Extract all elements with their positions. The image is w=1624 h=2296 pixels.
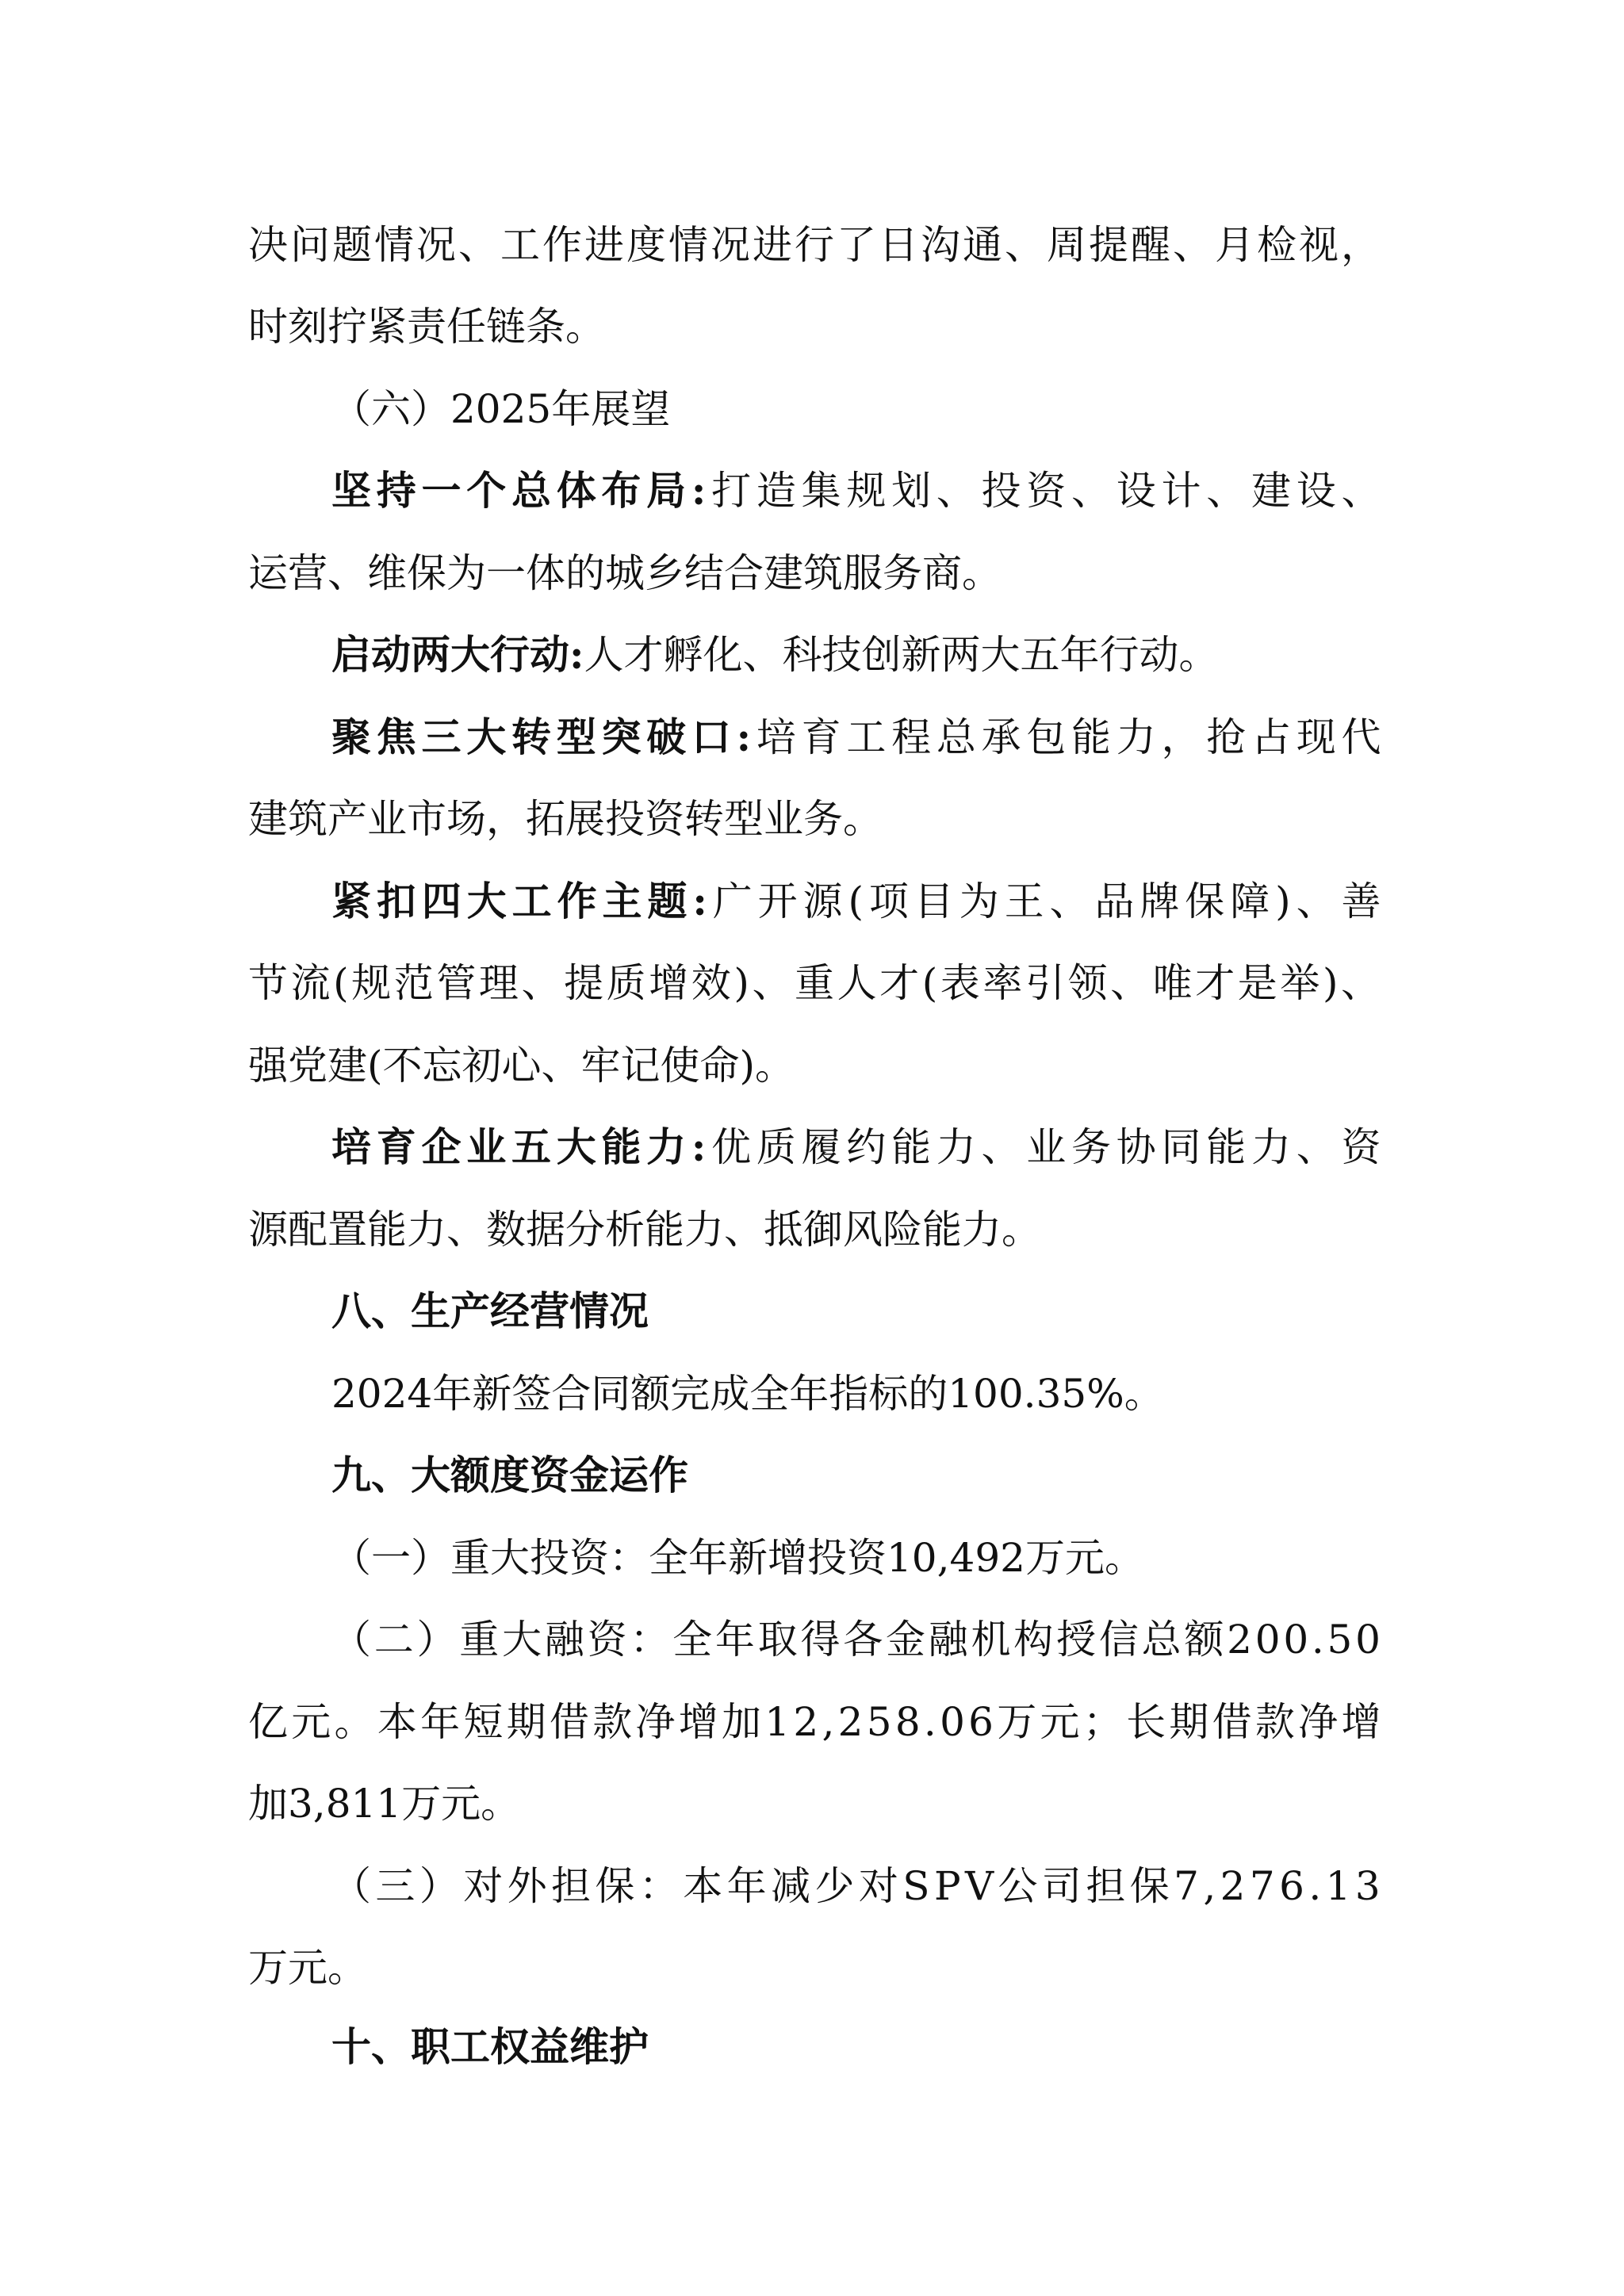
paragraph-line: 建筑产业市场，拓展投资转型业务。 [248, 778, 883, 860]
paragraph-line: 强党建(不忘初心、牢记使命)。 [248, 1024, 795, 1107]
run-in-label: 聚焦三大转型突破口: [331, 714, 756, 760]
paragraph-line: 节流(规范管理、提质增效)、重人才(表率引领、唯才是举)、 [248, 942, 1381, 1024]
subsection-title-outlook: （六）2025年展望 [331, 368, 670, 450]
document-page: 决问题情况、工作进度情况进行了日沟通、周提醒、月检视， 时刻拧紧责任链条。 （六… [0, 0, 1624, 2296]
paragraph-line: 源配置能力、数据分析能力、抵御风险能力。 [248, 1188, 1041, 1271]
paragraph-line: 决问题情况、工作进度情况进行了日沟通、周提醒、月检视， [248, 204, 1381, 286]
run-in-label: 培育企业五大能力: [331, 1123, 711, 1170]
paragraph-line: 万元。 [248, 1927, 367, 2009]
paragraph-line: 加3,811万元。 [248, 1762, 520, 1845]
run-in-text: 培育工程总承包能力，抢占现代 [756, 714, 1386, 760]
section-heading-employee-rights: 十、职工权益维护 [331, 2006, 649, 2088]
outlook-item-transformation: 聚焦三大转型突破口:培育工程总承包能力，抢占现代 [331, 696, 1381, 779]
run-in-text: 打造集规划、投资、设计、建设、 [711, 468, 1386, 514]
run-in-text: 广开源(项目为王、品牌保障)、善 [713, 878, 1387, 924]
outlook-item-capabilities: 培育企业五大能力:优质履约能力、业务协同能力、资 [331, 1106, 1381, 1188]
outlook-item-layout: 坚持一个总体布局:打造集规划、投资、设计、建设、 [331, 450, 1381, 532]
funds-item-investment: （一）重大投资：全年新增投资10,492万元。 [331, 1517, 1144, 1599]
paragraph-line: 时刻拧紧责任链条。 [248, 285, 605, 368]
paragraph-line: 运营、维保为一体的城乡结合建筑服务商。 [248, 532, 1002, 614]
funds-item-guarantee: （三）对外担保：本年减少对SPV公司担保7,276.13 [331, 1845, 1381, 1927]
run-in-label: 启动两大行动: [331, 631, 584, 678]
run-in-label: 坚持一个总体布局: [331, 467, 711, 514]
outlook-item-actions: 启动两大行动:人才孵化、科技创新两大五年行动。 [331, 614, 1218, 696]
run-in-text: 人才孵化、科技创新两大五年行动。 [584, 632, 1218, 678]
paragraph-line: 亿元。本年短期借款净增加12,258.06万元；长期借款净增 [248, 1681, 1381, 1763]
outlook-item-themes: 紧扣四大工作主题:广开源(项目为王、品牌保障)、善 [331, 860, 1381, 943]
paragraph-line: 2024年新签合同额完成全年指标的100.35%。 [331, 1353, 1164, 1435]
section-heading-funds: 九、大额度资金运作 [331, 1434, 688, 1517]
run-in-label: 紧扣四大工作主题: [331, 878, 713, 924]
run-in-text: 优质履约能力、业务协同能力、资 [711, 1124, 1386, 1170]
funds-item-financing: （二）重大融资：全年取得各金融机构授信总额200.50 [331, 1598, 1381, 1681]
section-heading-production: 八、生产经营情况 [331, 1270, 649, 1353]
